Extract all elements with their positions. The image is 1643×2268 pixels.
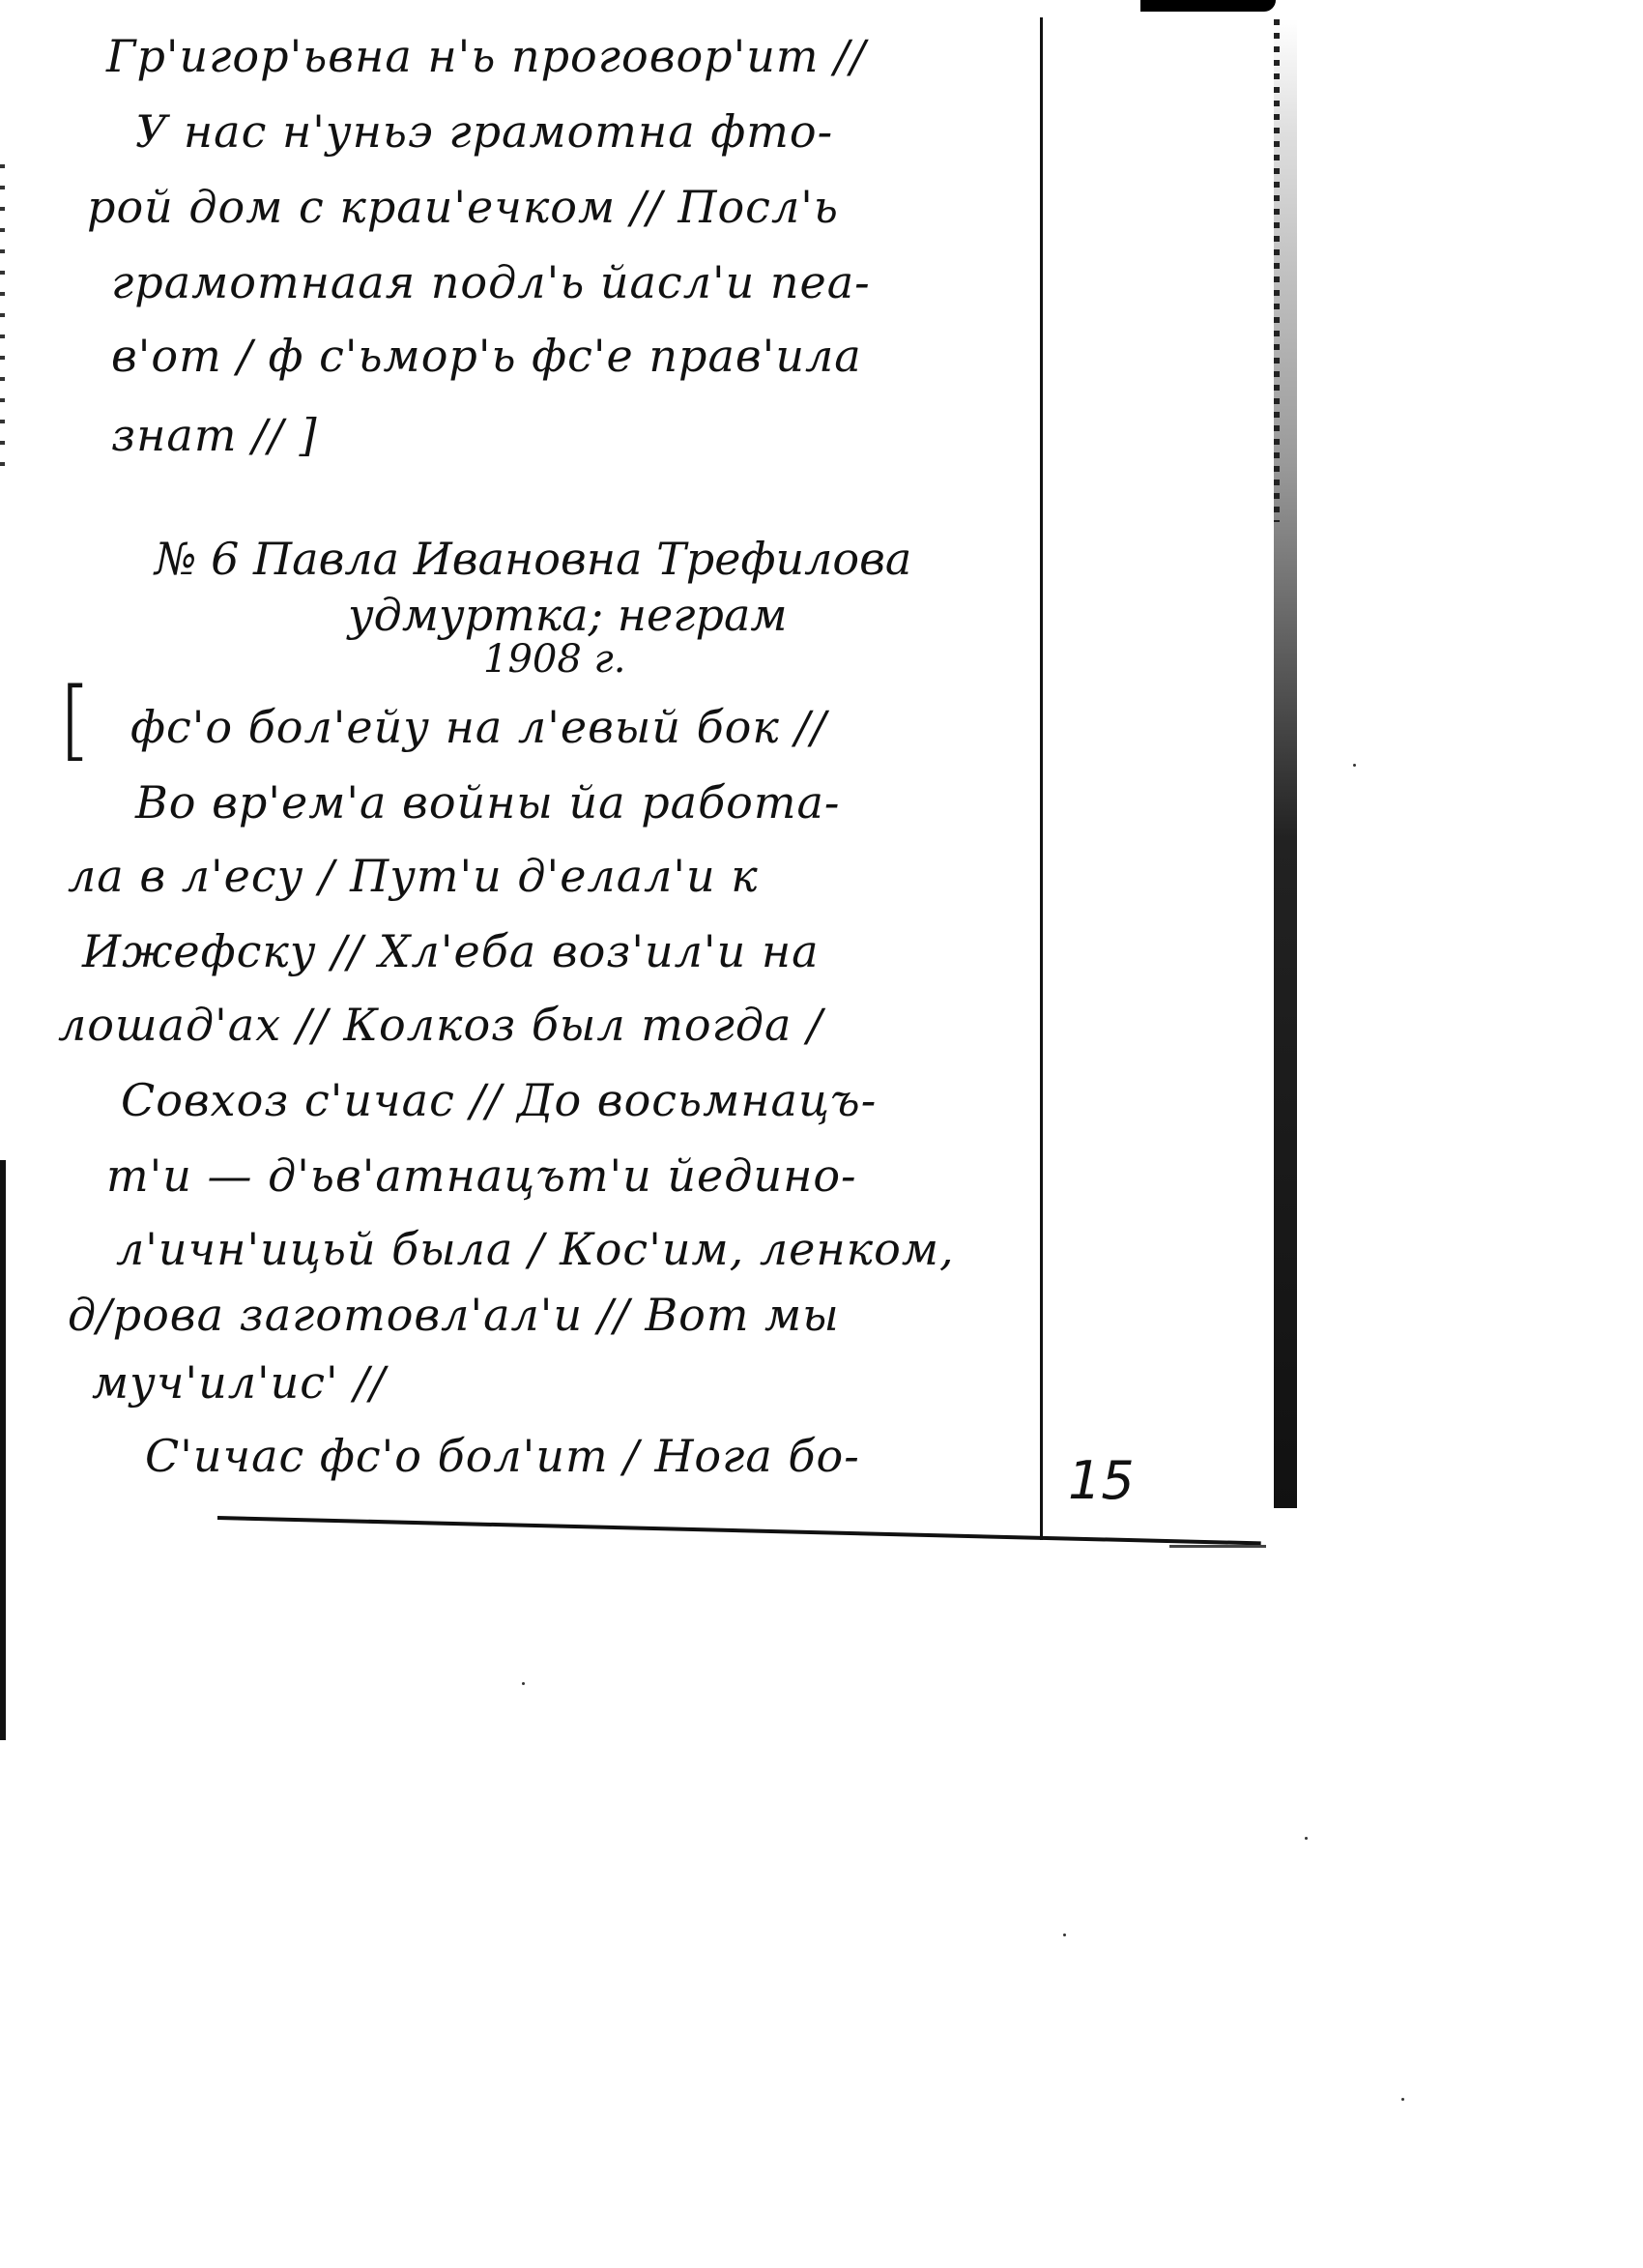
scan-right-edge-dashes — [1274, 19, 1280, 522]
text-line: У нас н'уньэ грамотна фто- — [135, 102, 833, 160]
scan-speck — [1353, 764, 1356, 767]
bottom-edge-rule — [217, 1516, 1261, 1545]
text-line: Совхоз с'ичас // До восьмнацъ- — [121, 1071, 877, 1129]
text-line: С'ичас фс'о бол'ит / Нога бо- — [145, 1427, 860, 1485]
informant-birth-year: 1908 г. — [483, 630, 625, 688]
scan-left-edge-dashes — [0, 164, 5, 474]
scan-speck — [522, 1682, 525, 1685]
text-line: л'ичн'ицьй была / Кос'им, ленком, — [116, 1220, 955, 1278]
informant-number: № 6 — [155, 533, 239, 585]
bottom-edge-tail — [1169, 1545, 1266, 1548]
scan-speck — [1305, 1837, 1308, 1840]
text-line: Во вр'ем'а войны йа работа- — [135, 773, 840, 831]
scan-speck — [1401, 2098, 1404, 2101]
informant-heading: № 6 Павла Ивановна Трефилова — [155, 530, 911, 588]
text-line: Ижефску // Хл'еба воз'ил'и на — [82, 922, 820, 980]
scan-left-edge — [0, 1160, 6, 1740]
scan-speck — [1063, 1934, 1066, 1936]
text-line: д/рова заготовл'ал'и // Вот мы — [68, 1286, 840, 1344]
text-line: в'от / ф с'ьмор'ь фс'е прав'ила — [111, 327, 862, 385]
page-number: 15 — [1068, 1450, 1135, 1511]
margin-rule — [1040, 17, 1043, 1540]
text-line: лошад'ах // Колкоз был тогда / — [58, 996, 823, 1054]
informant-name: Павла Ивановна Трефилова — [253, 533, 911, 585]
text-line: муч'ил'ис' // — [92, 1353, 386, 1411]
scan-top-edge — [1140, 0, 1276, 12]
text-line: Гр'игор'ьвна н'ь проговор'ит // — [106, 27, 866, 85]
text-line: фс'о бол'ейу на л'евый бок // — [130, 698, 826, 756]
text-line: рой дом с краи'ечком // Посл'ь — [87, 178, 839, 236]
text-line: грамотнаая подл'ь йасл'и пеа- — [111, 253, 871, 311]
text-line: знат // ] — [111, 406, 318, 464]
manuscript-page: Гр'игор'ьвна н'ь проговор'ит // У нас н'… — [0, 0, 1643, 2268]
text-line: ла в л'есу / Пут'и д'елал'и к — [68, 847, 759, 905]
open-bracket: [ — [58, 677, 92, 764]
text-line: т'и — д'ьв'атнацът'и йедино- — [106, 1147, 857, 1205]
